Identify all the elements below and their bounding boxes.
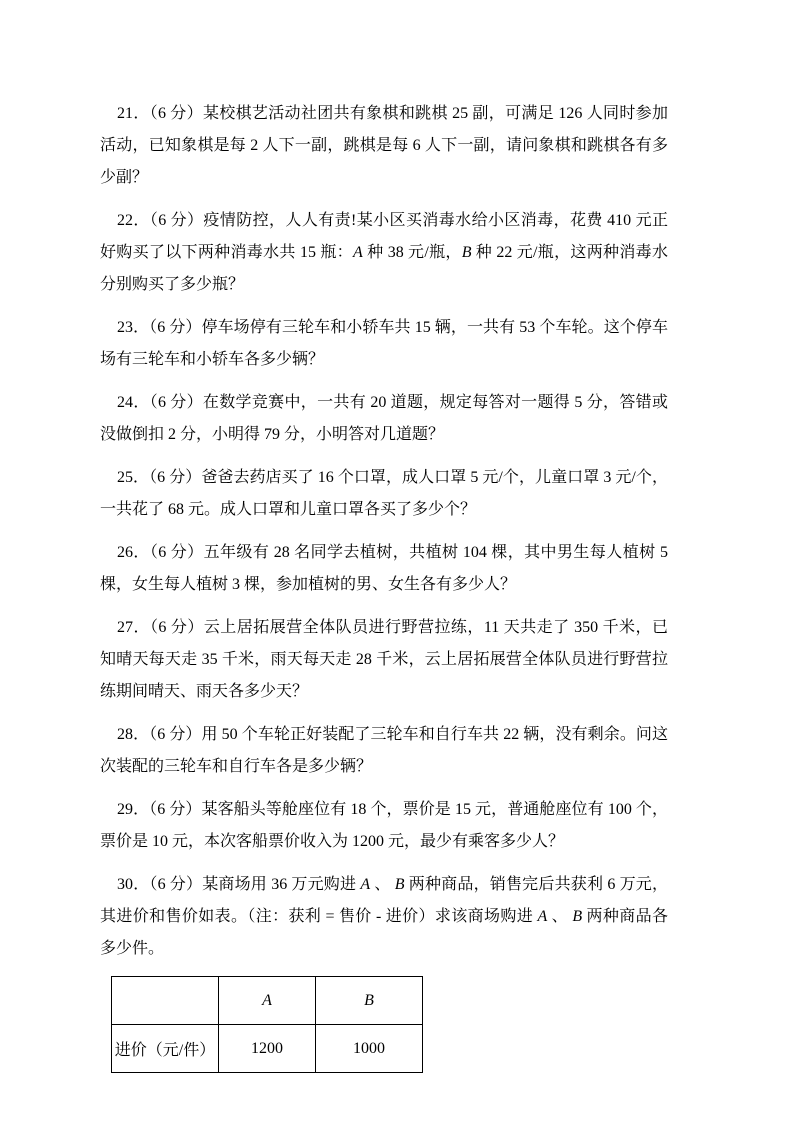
problem-item-30: 30．（6 分）某商场用 36 万元购进 A 、 B 两种商品，销售完后共获利 … bbox=[100, 869, 668, 965]
problem-item-24: 24．（6 分）在数学竞赛中，一共有 20 道题，规定每答对一题得 5 分，答错… bbox=[100, 387, 668, 451]
problem-item-21: 21．（6 分）某校棋艺活动社团共有象棋和跳棋 25 副，可满足 126 人同时… bbox=[100, 98, 668, 194]
problem-list: 21．（6 分）某校棋艺活动社团共有象棋和跳棋 25 副，可满足 126 人同时… bbox=[100, 98, 668, 965]
table-row-label: 进价（元/件） bbox=[112, 1025, 219, 1073]
price-table: A B 进价（元/件） 1200 1000 bbox=[111, 976, 423, 1073]
problem-item-29: 29．（6 分）某客船头等舱座位有 18 个，票价是 15 元，普通舱座位有 1… bbox=[100, 794, 668, 858]
table-header-row: A B bbox=[112, 977, 423, 1025]
problem-item-25: 25．（6 分）爸爸去药店买了 16 个口罩，成人口罩 5 元/个，儿童口罩 3… bbox=[100, 462, 668, 526]
problem-item-26: 26．（6 分）五年级有 28 名同学去植树，共植树 104 棵，其中男生每人植… bbox=[100, 537, 668, 601]
table-cell-empty bbox=[112, 977, 219, 1025]
table-header-a: A bbox=[219, 977, 316, 1025]
problem-item-27: 27．（6 分）云上居拓展营全体队员进行野营拉练，11 天共走了 350 千米，… bbox=[100, 612, 668, 708]
table-cell-price-a: 1200 bbox=[219, 1025, 316, 1073]
table-cell-price-b: 1000 bbox=[316, 1025, 423, 1073]
table-header-b: B bbox=[316, 977, 423, 1025]
problem-item-23: 23．（6 分）停车场停有三轮车和小轿车共 15 辆，一共有 53 个车轮。这个… bbox=[100, 312, 668, 376]
document-page: 21．（6 分）某校棋艺活动社团共有象棋和跳棋 25 副，可满足 126 人同时… bbox=[0, 0, 793, 1122]
page-content: 21．（6 分）某校棋艺活动社团共有象棋和跳棋 25 副，可满足 126 人同时… bbox=[100, 98, 668, 1073]
problem-item-22: 22．（6 分）疫情防控，人人有责!某小区买消毒水给小区消毒，花费 410 元正… bbox=[100, 205, 668, 301]
table-row-purchase-price: 进价（元/件） 1200 1000 bbox=[112, 1025, 423, 1073]
problem-item-28: 28．（6 分）用 50 个车轮正好装配了三轮车和自行车共 22 辆，没有剩余。… bbox=[100, 719, 668, 783]
